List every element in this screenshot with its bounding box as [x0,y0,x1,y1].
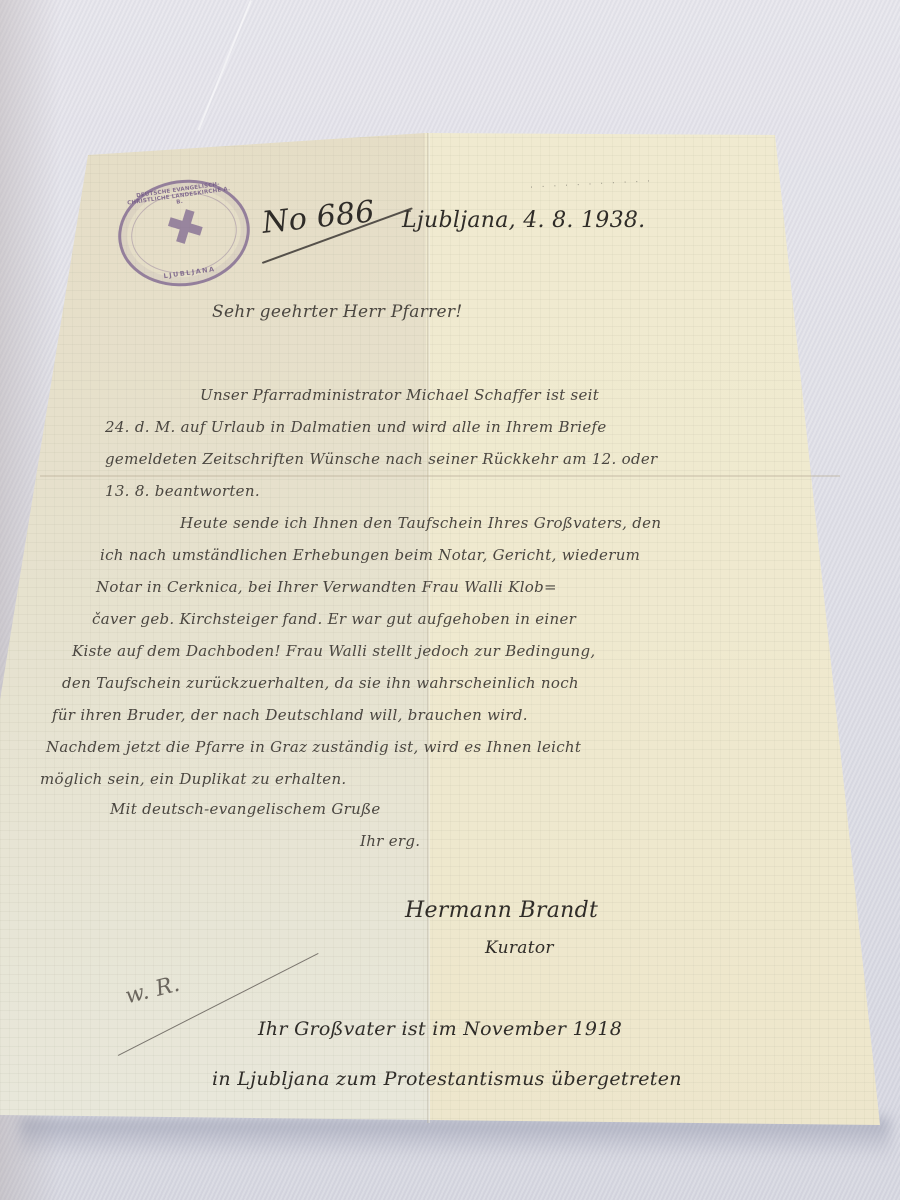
closing-yours: Ihr erg. [360,832,420,850]
letter-sheet: DEUTSCHE EVANGELISCH-CHRISTLICHE LANDESK… [0,0,900,1200]
body-line: Unser Pfarradministrator Michael Schaffe… [200,386,599,404]
body-line: Heute sende ich Ihnen den Taufschein Ihr… [180,514,661,532]
signature: Hermann Brandt [405,898,598,923]
body-line: Kiste auf dem Dachboden! Frau Walli stel… [72,642,595,660]
closing: Mit deutsch-evangelischem Gruße [110,800,381,818]
postscript-line: Ihr Großvater ist im November 1918 [258,1018,622,1040]
body-line: gemeldeten Zeitschriften Wünsche nach se… [105,450,658,468]
body-line: für ihren Bruder, der nach Deutschland w… [52,706,528,724]
place-date: Ljubljana, 4. 8. 1938. [402,208,645,233]
body-line: 13. 8. beantworten. [105,482,260,500]
body-line: Notar in Cerknica, bei Ihrer Verwandten … [96,578,557,596]
horizontal-fold-crease [40,475,840,477]
postscript-line: in Ljubljana zum Protestantismus überget… [212,1068,682,1090]
signature-title: Kurator [485,938,554,958]
body-line: möglich sein, ein Duplikat zu erhalten. [40,770,346,788]
body-line: Nachdem jetzt die Pfarre in Graz zuständ… [46,738,581,756]
body-line: ich nach umständlichen Erhebungen beim N… [100,546,640,564]
body-line: čaver geb. Kirchsteiger fand. Er war gut… [92,610,576,628]
salutation: Sehr geehrter Herr Pfarrer! [212,302,462,322]
body-line: den Taufschein zurückzuerhalten, da sie … [62,674,579,692]
body-line: 24. d. M. auf Urlaub in Dalmatien und wi… [105,418,607,436]
vertical-fold-crease [427,133,430,1123]
